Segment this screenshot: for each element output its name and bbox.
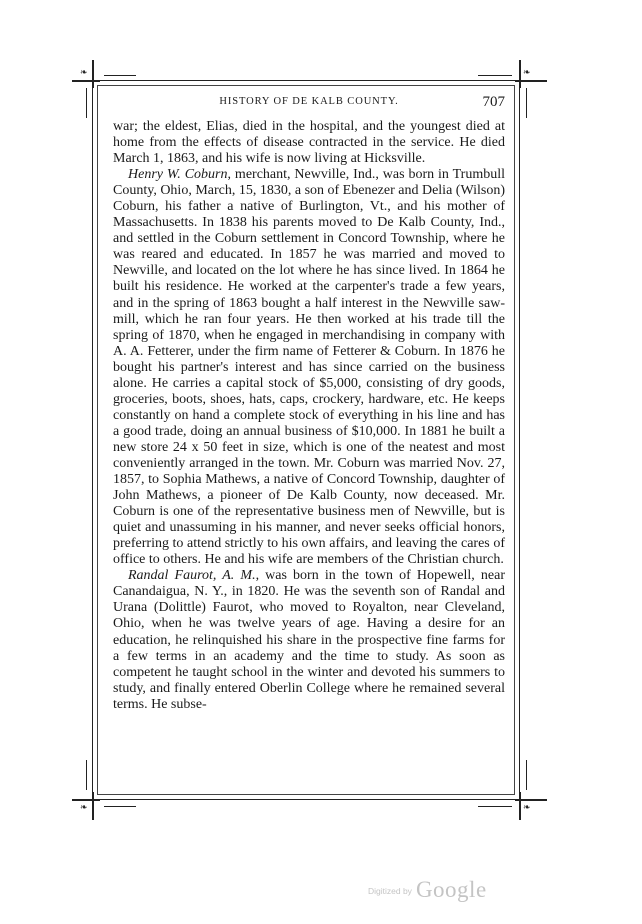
digitization-watermark: Digitized by Google	[368, 877, 487, 903]
corner-ornament-top-left-icon: ❧	[80, 68, 88, 77]
paragraph-text: war; the eldest, Elias, died in the hosp…	[113, 119, 505, 166]
left-rule-extension-bottom	[92, 792, 94, 820]
top-flourish-right	[478, 75, 512, 76]
corner-ornament-bottom-left-icon: ❧	[80, 803, 88, 812]
biography-subject-name: Randal Faurot, A. M.	[128, 568, 256, 583]
top-flourish-left	[104, 75, 136, 76]
bottom-flourish-left	[104, 806, 136, 807]
paragraph-henry-coburn: Henry W. Coburn, merchant, Newville, Ind…	[113, 167, 505, 568]
right-rule-extension-bottom	[519, 792, 521, 820]
body-text: war; the eldest, Elias, died in the hosp…	[113, 119, 505, 713]
left-rule-extension-top	[92, 60, 94, 88]
bottom-rule-extension-left	[72, 799, 100, 801]
right-flourish-bottom	[526, 760, 527, 790]
page-header: HISTORY OF DE KALB COUNTY. 707	[113, 94, 505, 110]
running-head: HISTORY OF DE KALB COUNTY.	[113, 96, 505, 107]
corner-ornament-bottom-right-icon: ❧	[523, 803, 531, 812]
bottom-flourish-right	[478, 806, 512, 807]
top-rule-extension-left	[72, 80, 100, 82]
right-flourish-top	[526, 88, 527, 118]
paragraph-text: , was born in the town of Hopewell, near…	[113, 568, 505, 711]
paragraph-continuation: war; the eldest, Elias, died in the hosp…	[113, 119, 505, 167]
right-rule-extension-top	[519, 60, 521, 88]
left-flourish-top	[86, 88, 87, 118]
page-number: 707	[483, 94, 506, 111]
corner-ornament-top-right-icon: ❧	[523, 68, 531, 77]
paragraph-randal-faurot: Randal Faurot, A. M., was born in the to…	[113, 568, 505, 712]
left-flourish-bottom	[86, 760, 87, 790]
watermark-prefix: Digitized by	[368, 886, 412, 896]
paragraph-text: , merchant, Newville, Ind., was born in …	[113, 167, 505, 567]
biography-subject-name: Henry W. Coburn	[128, 167, 228, 182]
watermark-brand: Google	[416, 877, 487, 902]
